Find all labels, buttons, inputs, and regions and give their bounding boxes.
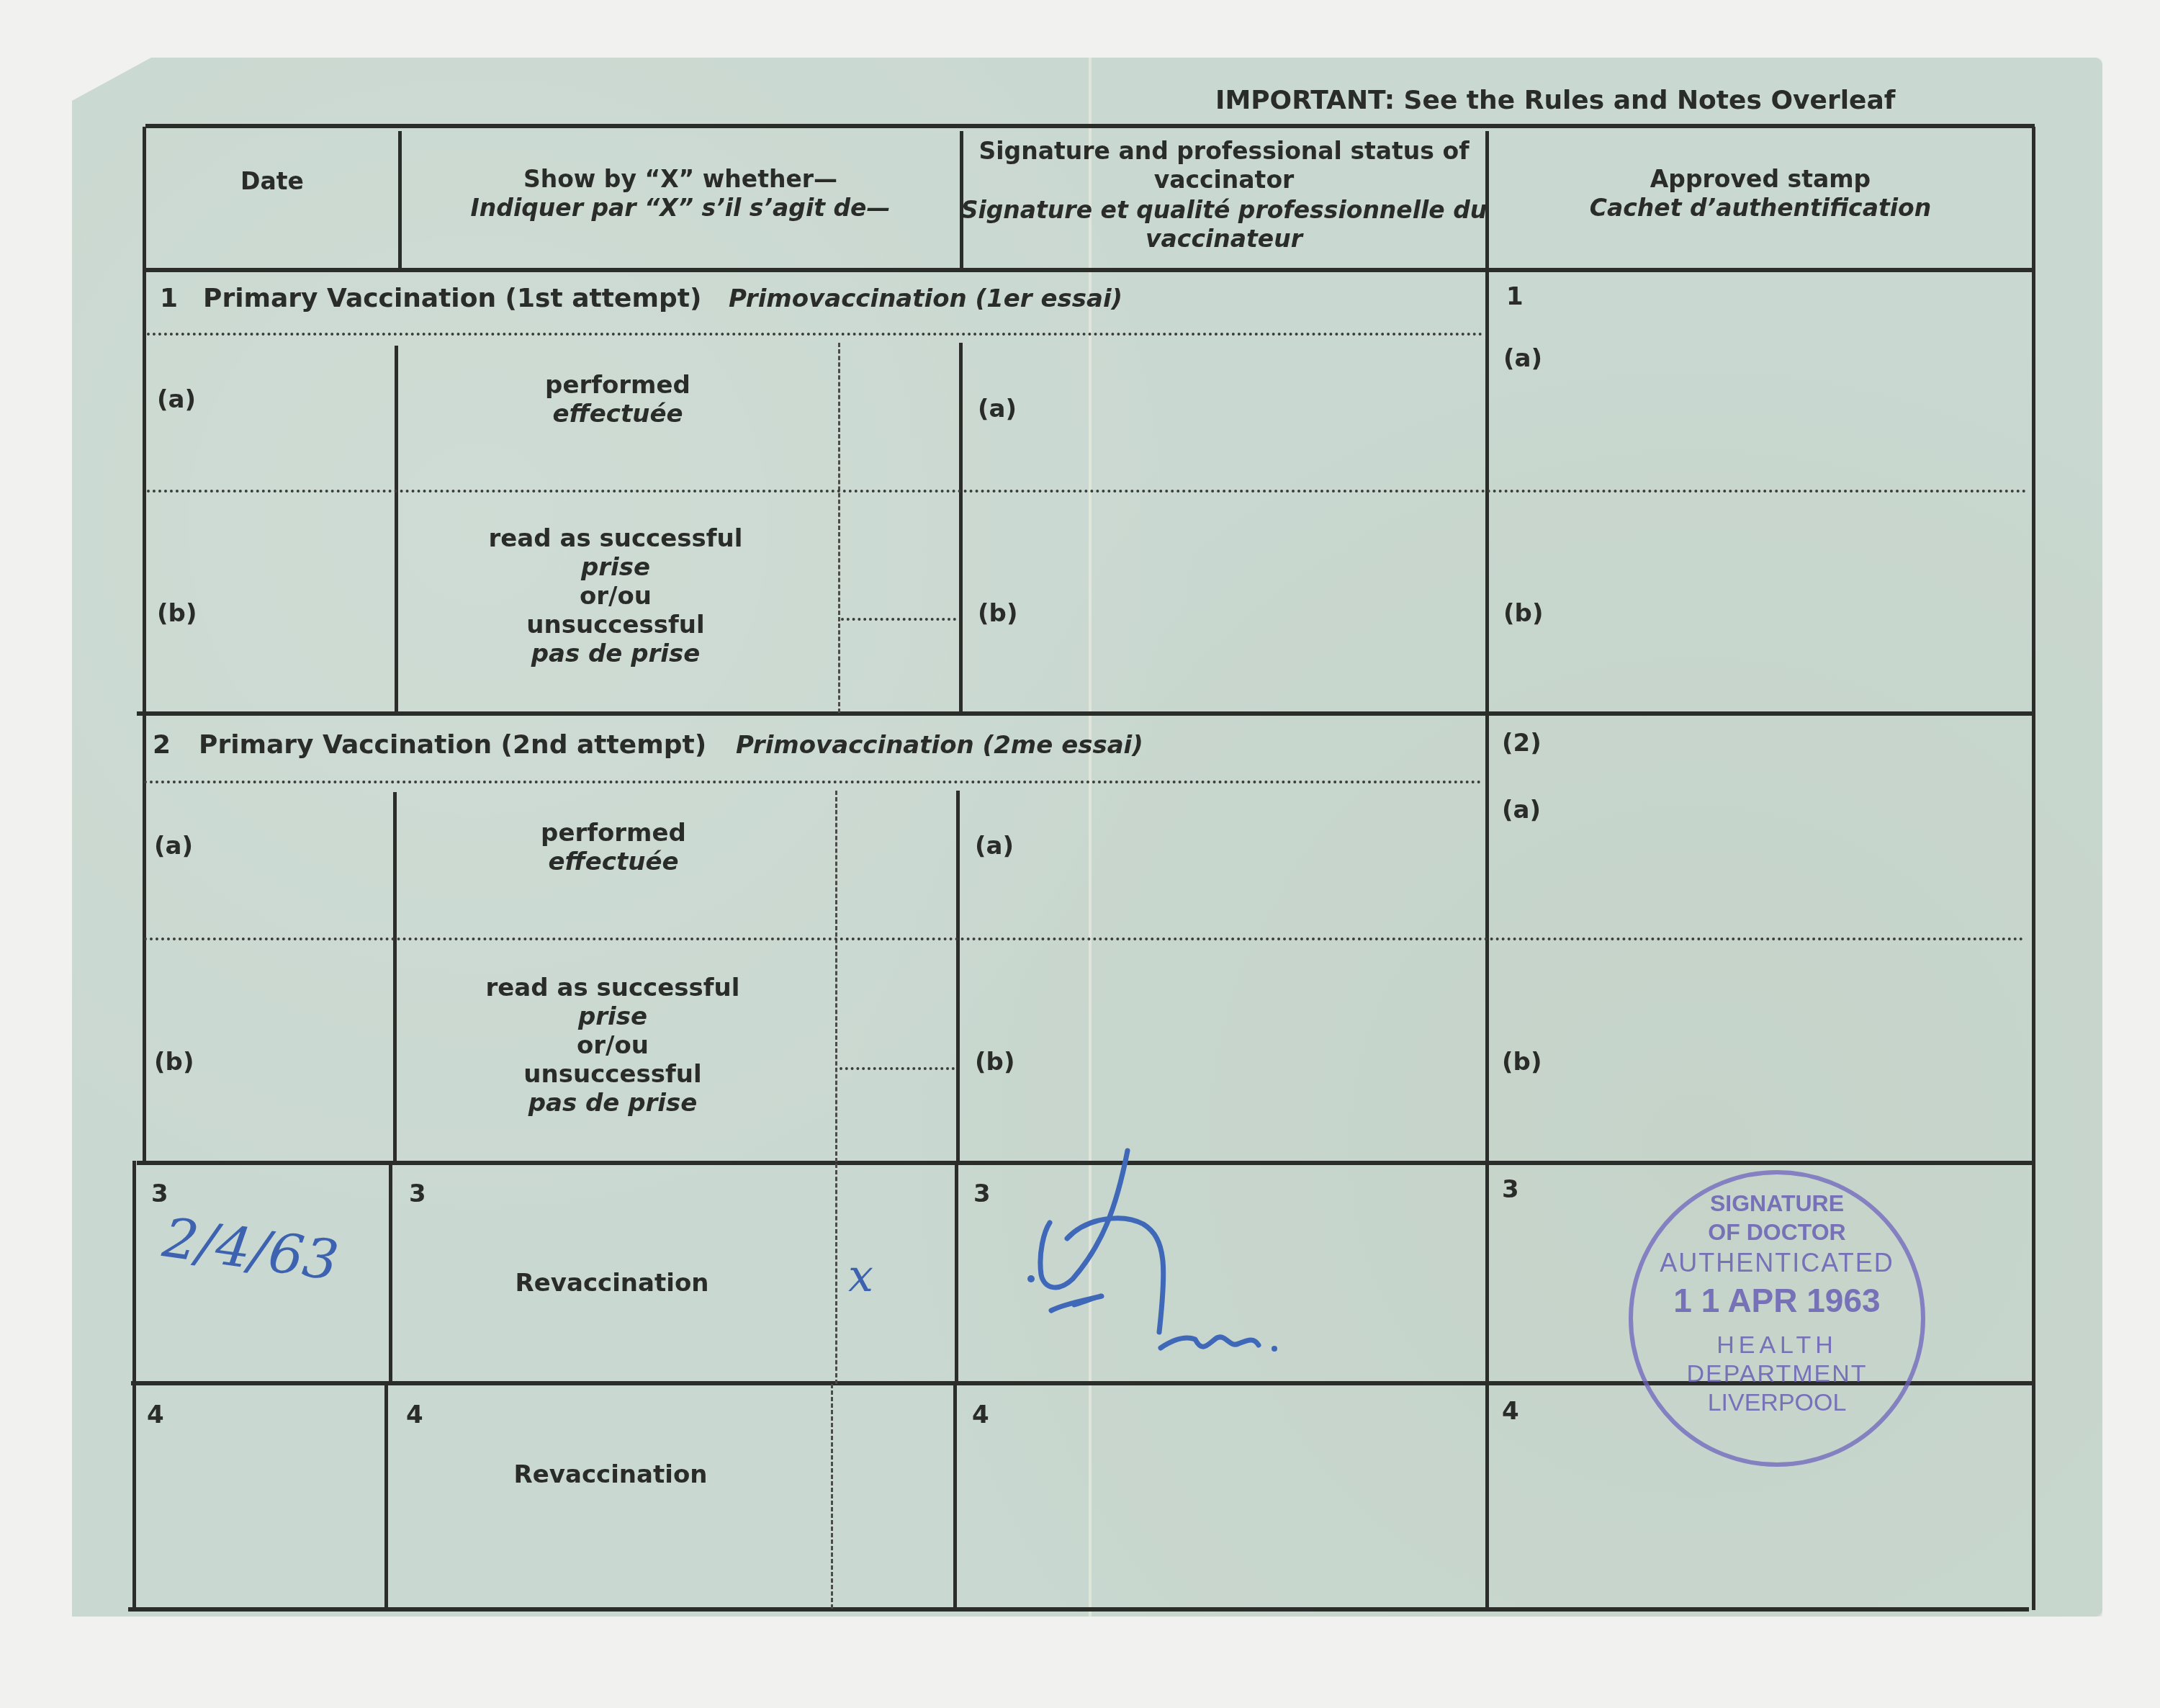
r4-col-divider-2: [953, 1384, 957, 1607]
r4-signature-field[interactable]: [958, 1387, 1483, 1606]
r4-label-number: 4: [406, 1401, 423, 1429]
r3-sig-number: 3: [973, 1179, 991, 1208]
s2-stamp-a-field[interactable]: [1490, 717, 2030, 936]
header-signature-en-1: Signature and professional status of: [979, 137, 1470, 166]
s2-col-divider-2: [956, 791, 960, 1162]
s1-date-b-field[interactable]: [147, 494, 393, 710]
header-show-by-x-fr: Indiquer par “X” s’il s’agit de—: [471, 194, 891, 223]
header-signature-fr-1: Signature et qualité professionnelle du: [961, 196, 1488, 225]
section-2-title-divider: [144, 781, 1482, 783]
section-1-number: 1: [160, 284, 178, 313]
r3-col-divider-1: [389, 1164, 392, 1384]
s2-performed-fr: effectuée: [548, 848, 678, 876]
s1-read-fr: prise: [581, 553, 650, 582]
r4-mark-field[interactable]: [834, 1387, 952, 1606]
s1-unsuccessful-fr: pas de prise: [531, 639, 701, 668]
important-notice: IMPORTANT: See the Rules and Notes Overl…: [1215, 86, 1895, 115]
s1-x-col-divider: [838, 343, 840, 713]
header-signature-fr-2: vaccinateur: [1146, 225, 1302, 253]
rule-section1-bottom: [137, 711, 2035, 716]
s1-stamp-b-field[interactable]: [1490, 494, 2030, 710]
s1-col-divider-2: [959, 343, 963, 713]
s2-performed-en: performed: [541, 819, 686, 848]
r4-x-col-divider: [831, 1384, 833, 1609]
s2-date-a-field[interactable]: [144, 791, 392, 936]
header-stamp-fr: Cachet d’authentification: [1590, 194, 1931, 223]
s1-performed-en: performed: [545, 371, 690, 400]
header-date: Date: [240, 167, 304, 196]
r4-revaccination-label: Revaccination: [514, 1460, 708, 1489]
section-2-title-fr: Primovaccination (2me essai): [736, 731, 1143, 760]
s2-ab-divider: [144, 938, 2025, 940]
s1-mark-b-field[interactable]: [841, 494, 958, 710]
s2-mark-a-field[interactable]: [838, 791, 955, 936]
s2-unsuccessful-en: unsuccessful: [523, 1060, 701, 1089]
s2-signature-a-field[interactable]: [960, 791, 1483, 936]
r4-col-divider-1: [384, 1384, 388, 1609]
header-signature-en-2: vaccinator: [1154, 166, 1295, 194]
s2-col-divider-1: [393, 792, 397, 1162]
section-1-title-divider: [147, 333, 1483, 336]
vaccinator-signature-icon: [1022, 1145, 1325, 1354]
section-1-title-en: Primary Vaccination (1st attempt): [203, 284, 701, 313]
s2-stamp-b-field[interactable]: [1490, 942, 2030, 1159]
r3-col-divider-2: [955, 1164, 958, 1384]
s1-or: or/ou: [580, 582, 652, 611]
rule-bottom: [128, 1607, 2029, 1612]
frame-left-lower: [132, 1161, 136, 1610]
s1-mark-a-field[interactable]: [841, 343, 958, 488]
rule-top: [145, 124, 2035, 128]
s2-read-fr: prise: [578, 1002, 647, 1031]
s2-unsuccessful-fr: pas de prise: [528, 1089, 698, 1118]
section-2-number: 2: [153, 731, 171, 760]
r3-mark-field[interactable]: [838, 1167, 953, 1380]
s2-read-en: read as successful: [486, 974, 740, 1002]
s1-stamp-a-field[interactable]: [1490, 274, 2030, 488]
frame-right: [2032, 127, 2035, 1610]
r3-date-field[interactable]: [137, 1167, 387, 1380]
r4-stamp-field[interactable]: [1490, 1387, 2030, 1606]
hdr-col-divider-1: [398, 131, 402, 269]
header-stamp-en: Approved stamp: [1650, 165, 1871, 194]
r4-date-field[interactable]: [137, 1387, 383, 1606]
s2-x-col-divider: [835, 791, 837, 1162]
s1-col-divider-1: [395, 346, 398, 713]
s1-read-en: read as successful: [489, 524, 743, 553]
section-1-title-fr: Primovaccination (1er essai): [729, 284, 1122, 313]
rule-header-bottom: [145, 268, 2035, 272]
r3-stamp-field[interactable]: [1490, 1167, 2030, 1380]
r3-signature[interactable]: [1022, 1145, 1325, 1354]
s1-ab-divider: [147, 490, 2028, 493]
header-show-by-x-en: Show by “X” whether—: [523, 165, 837, 194]
s1-signature-b-field[interactable]: [963, 494, 1483, 710]
r3-label-number: 3: [409, 1179, 426, 1208]
s1-performed-fr: effectuée: [552, 400, 683, 428]
r3-revaccination-label: Revaccination: [516, 1269, 709, 1298]
s2-signature-b-field[interactable]: [960, 942, 1483, 1159]
s1-unsuccessful-en: unsuccessful: [526, 611, 704, 639]
section-2-title-en: Primary Vaccination (2nd attempt): [199, 731, 706, 760]
s1-signature-a-field[interactable]: [963, 343, 1483, 488]
s2-date-b-field[interactable]: [144, 942, 392, 1159]
r3-x-col-divider: [835, 1164, 837, 1384]
s2-or: or/ou: [577, 1031, 649, 1060]
s1-date-a-field[interactable]: [147, 343, 393, 488]
s2-mark-b-field[interactable]: [838, 942, 955, 1159]
